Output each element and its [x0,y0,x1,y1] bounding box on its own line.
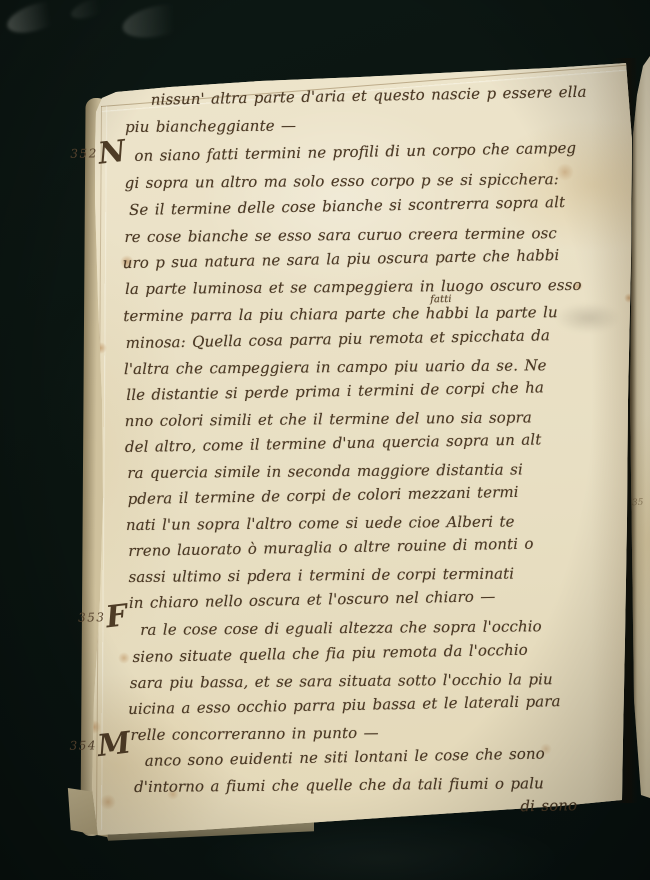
manuscript-line-24: sara piu bassa, et se sara situata sotto… [130,669,553,693]
catchword: di sono [520,795,577,816]
margin-number: 352 [70,146,98,160]
manuscript-line-7: uro p sua natura ne sara la piu oscura p… [123,245,560,273]
manuscript-line-25: uicina a esso occhio parra piu bassa et … [128,691,561,719]
margin-number: 354 [70,738,98,752]
paragraph-initial: F [105,601,130,633]
manuscript-photo: 35 nissun' altra parte d'aria et questo … [0,0,650,880]
manuscript-line-28: d'intorno a fiumi che quelle che da tali… [134,773,544,797]
manuscript-line-2: piu biancheggiante — [125,115,296,137]
manuscript-line-12: l'altra che campeggiera in campo piu uar… [124,355,547,379]
margin-number: 353 [78,610,106,624]
manuscript-line-19: rreno lauorato ò muraglia o altre rouine… [128,534,534,561]
manuscript-line-26: relle concorreranno in punto — [130,723,378,745]
paragraph-initial: M [96,728,132,762]
manuscript-line-23: sieno situate quella che fia piu remota … [132,640,528,667]
manuscript-line-1: nissun' altra parte d'aria et questo nas… [151,82,587,110]
manuscript-line-22: ra le cose cose di eguali altezza che so… [140,616,542,640]
manuscript-line-20: sassi ultimo si pdera i termini de corpi… [128,564,514,587]
margin-entry-352: 352N [70,138,126,169]
manuscript-line-10: termine parra la piu chiara parte che ha… [123,302,558,326]
manuscript-line-8: la parte luminosa et se campeggiera in l… [125,275,582,299]
manuscript-line-16: ra quercia simile in seconda maggiore di… [127,459,523,483]
manuscript-line-4: gi sopra un altro ma solo esso corpo p s… [125,169,559,193]
manuscript-line-18: nati l'un sopra l'altro come si uede cio… [126,512,515,536]
margin-entry-354: 354M [69,730,131,761]
manuscript-line-14: nno colori simili et che il termine del … [125,407,532,431]
manuscript-line-5: Se il termine delle cose bianche si scon… [129,192,565,220]
text-layer: nissun' altra parte d'aria et questo nas… [0,0,650,880]
margin-entry-353: 353F [78,602,128,633]
paragraph-initial: N [97,137,128,170]
manuscript-line-17: pdera il termine de corpi de colori mezz… [127,482,518,509]
manuscript-line-13: lle distantie si perde prima i termini d… [126,377,544,405]
manuscript-line-11: minosa: Quella cosa parra piu remota et … [126,325,551,353]
manuscript-line-6: re cose bianche se esso sara curuo creer… [124,223,557,247]
manuscript-line-21: in chiaro nello oscura et l'oscuro nel c… [129,586,496,613]
manuscript-line-3: on siano fatti termini ne profili di un … [134,138,576,166]
manuscript-line-15: del altro, come il termine d'una quercia… [125,429,542,457]
manuscript-line-27: anco sono euidenti ne siti lontani le co… [145,744,545,771]
